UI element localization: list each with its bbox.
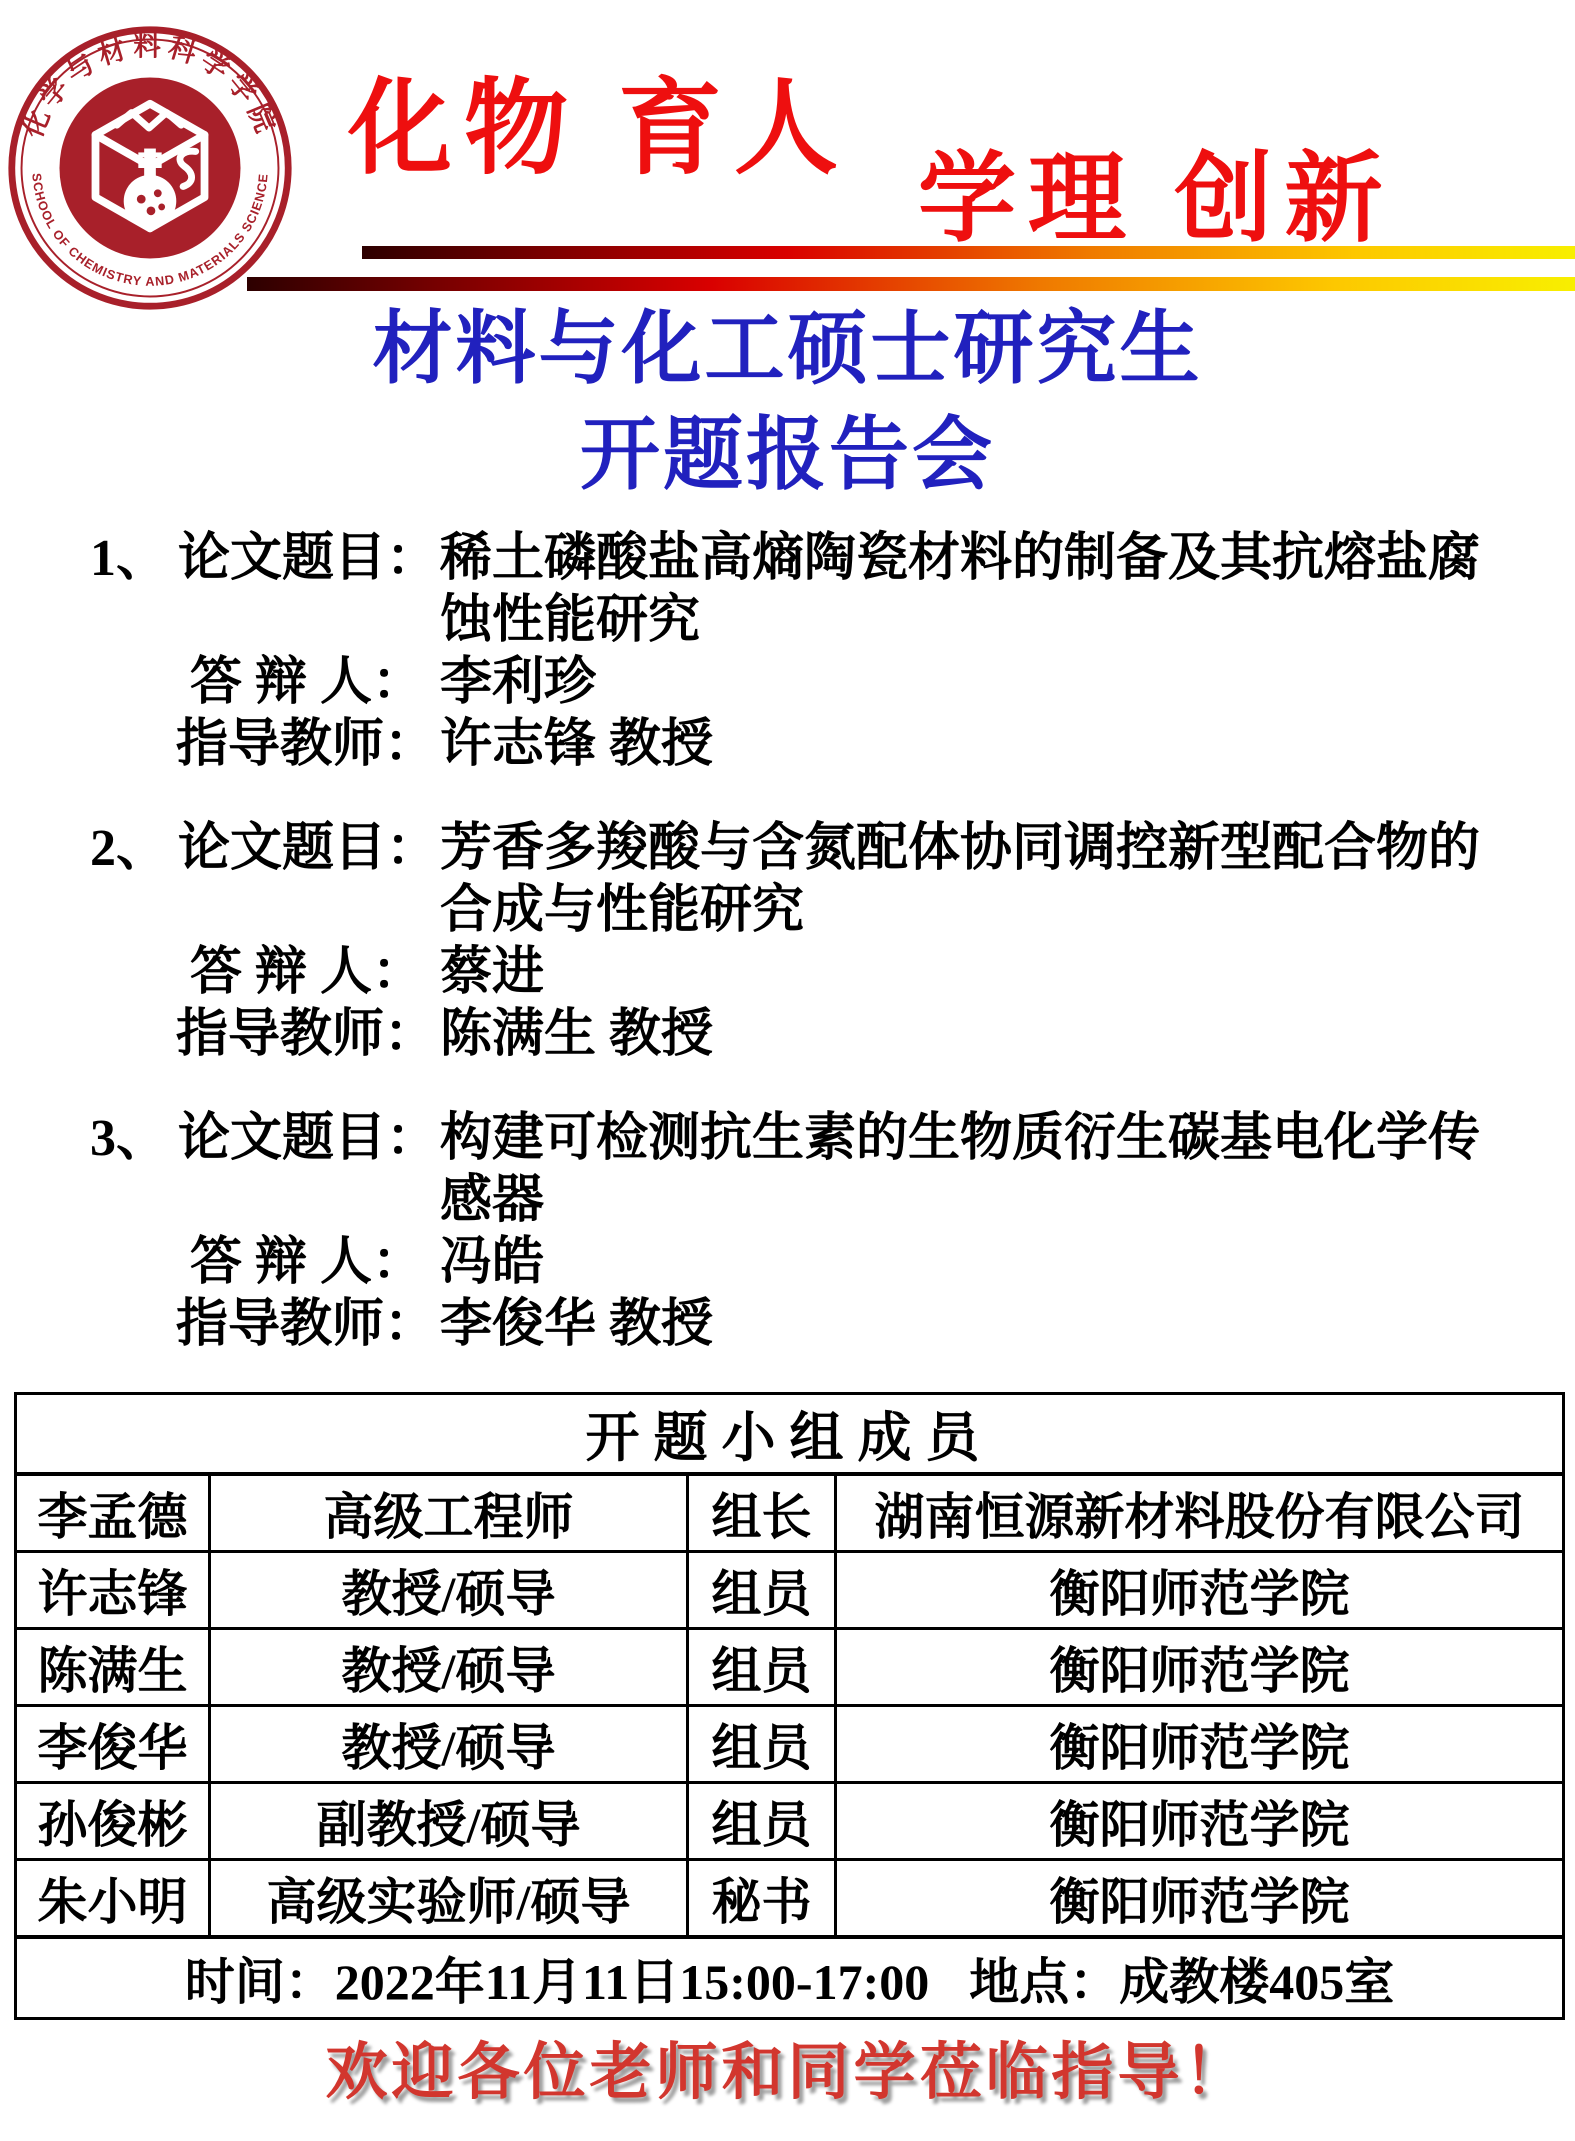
thesis-title-label: 论文题目： [178, 528, 438, 590]
advisor-name: 许志锋 教授 [440, 716, 713, 773]
defender-label: 答 辩 人： [190, 1232, 424, 1294]
place-value: 成教楼405室 [1119, 1954, 1394, 2010]
thesis-title-label: 论文题目： [178, 1108, 438, 1170]
advisor-line: 指导教师： 许志锋 教授 [0, 714, 1495, 776]
member-affiliation: 衡阳师范学院 [836, 1783, 1564, 1860]
welcome-message: 欢迎各位老师和同学莅临指导！ [0, 2022, 1575, 2111]
thesis-list: 1、 论文题目： 稀土磷酸盐高熵陶瓷材料的制备及其抗熔盐腐蚀性能研究 答 辩 人… [0, 528, 1495, 1398]
defender-name: 李利珍 [440, 654, 596, 711]
advisor-label: 指导教师： [176, 1294, 436, 1356]
table-row: 朱小明 高级实验师/硕导 秘书 衡阳师范学院 [16, 1860, 1564, 1938]
advisor-name: 陈满生 教授 [440, 1006, 713, 1063]
member-affiliation: 衡阳师范学院 [836, 1706, 1564, 1783]
member-name: 许志锋 [16, 1552, 210, 1629]
member-role: 组员 [688, 1552, 836, 1629]
thesis-item-1: 1、 论文题目： 稀土磷酸盐高熵陶瓷材料的制备及其抗熔盐腐蚀性能研究 答 辩 人… [0, 528, 1495, 776]
defender-label: 答 辩 人： [190, 942, 424, 1004]
place-label: 地点： [969, 1954, 1119, 2010]
defender-line: 答 辩 人： 李利珍 [0, 652, 1495, 714]
thesis-title-line: 3、 论文题目： 构建可检测抗生素的生物质衍生碳基电化学传感器 [0, 1108, 1495, 1232]
member-title: 教授/硕导 [210, 1629, 688, 1706]
table-row: 孙俊彬 副教授/硕导 组员 衡阳师范学院 [16, 1783, 1564, 1860]
member-title: 教授/硕导 [210, 1706, 688, 1783]
thesis-item-2: 2、 论文题目： 芳香多羧酸与含氮配体协同调控新型配合物的合成与性能研究 答 辩… [0, 818, 1495, 1066]
member-affiliation: 衡阳师范学院 [836, 1629, 1564, 1706]
member-affiliation: 湖南恒源新材料股份有限公司 [836, 1474, 1564, 1552]
defender-line: 答 辩 人： 冯皓 [0, 1232, 1495, 1294]
advisor-label: 指导教师： [176, 1004, 436, 1066]
table-row: 李俊华 教授/硕导 组员 衡阳师范学院 [16, 1706, 1564, 1783]
member-affiliation: 衡阳师范学院 [836, 1860, 1564, 1938]
page-title: 材料与化工硕士研究生 开题报告会 [0, 296, 1575, 508]
table-caption: 开题小组成员 [16, 1394, 1564, 1475]
table-row: 陈满生 教授/硕导 组员 衡阳师范学院 [16, 1629, 1564, 1706]
advisor-line: 指导教师： 陈满生 教授 [0, 1004, 1495, 1066]
gradient-divider-top [362, 246, 1575, 259]
gradient-divider-bottom [247, 277, 1575, 291]
thesis-title: 芳香多羧酸与含氮配体协同调控新型配合物的合成与性能研究 [440, 820, 1480, 939]
member-role: 秘书 [688, 1860, 836, 1938]
member-affiliation: 衡阳师范学院 [836, 1552, 1564, 1629]
item-number: 2、 [90, 818, 168, 880]
slogan-right: 学理 创新 [918, 120, 1395, 261]
time-label: 时间： [185, 1954, 335, 2010]
member-name: 陈满生 [16, 1629, 210, 1706]
school-logo: 化学与材料科学学院 SCHOOL OF CHEMISTRY AND MATERI… [4, 22, 296, 314]
advisor-label: 指导教师： [176, 714, 436, 776]
member-title: 高级实验师/硕导 [210, 1860, 688, 1938]
defender-name: 冯皓 [440, 1234, 544, 1291]
item-number: 3、 [90, 1108, 168, 1170]
member-name: 孙俊彬 [16, 1783, 210, 1860]
thesis-title-line: 2、 论文题目： 芳香多羧酸与含氮配体协同调控新型配合物的合成与性能研究 [0, 818, 1495, 942]
table-caption-row: 开题小组成员 [16, 1394, 1564, 1475]
member-name: 李俊华 [16, 1706, 210, 1783]
slogan-left: 化物 育人 [348, 44, 850, 194]
member-role: 组员 [688, 1783, 836, 1860]
member-title: 副教授/硕导 [210, 1783, 688, 1860]
table-row: 李孟德 高级工程师 组长 湖南恒源新材料股份有限公司 [16, 1474, 1564, 1552]
time-value: 2022年11月11日15:00-17:00 [335, 1954, 929, 2010]
member-name: 李孟德 [16, 1474, 210, 1552]
defender-name: 蔡进 [440, 944, 544, 1001]
advisor-line: 指导教师： 李俊华 教授 [0, 1294, 1495, 1356]
table-row: 许志锋 教授/硕导 组员 衡阳师范学院 [16, 1552, 1564, 1629]
defender-line: 答 辩 人： 蔡进 [0, 942, 1495, 1004]
defender-label: 答 辩 人： [190, 652, 424, 714]
thesis-title-label: 论文题目： [178, 818, 438, 880]
member-role: 组长 [688, 1474, 836, 1552]
member-role: 组员 [688, 1706, 836, 1783]
member-role: 组员 [688, 1629, 836, 1706]
member-name: 朱小明 [16, 1860, 210, 1938]
member-title: 高级工程师 [210, 1474, 688, 1552]
page-title-line1: 材料与化工硕士研究生 [0, 296, 1575, 402]
committee-table: 开题小组成员 李孟德 高级工程师 组长 湖南恒源新材料股份有限公司 许志锋 教授… [14, 1392, 1565, 2020]
advisor-name: 李俊华 教授 [440, 1296, 713, 1353]
schedule-row: 时间：2022年11月11日15:00-17:00地点：成教楼405室 [16, 1937, 1564, 2019]
thesis-title: 稀土磷酸盐高熵陶瓷材料的制备及其抗熔盐腐蚀性能研究 [440, 530, 1480, 649]
member-title: 教授/硕导 [210, 1552, 688, 1629]
thesis-title-line: 1、 论文题目： 稀土磷酸盐高熵陶瓷材料的制备及其抗熔盐腐蚀性能研究 [0, 528, 1495, 652]
schedule-cell: 时间：2022年11月11日15:00-17:00地点：成教楼405室 [16, 1937, 1564, 2019]
poster-page: 化学与材料科学学院 SCHOOL OF CHEMISTRY AND MATERI… [0, 0, 1575, 2141]
thesis-item-3: 3、 论文题目： 构建可检测抗生素的生物质衍生碳基电化学传感器 答 辩 人： 冯… [0, 1108, 1495, 1356]
item-number: 1、 [90, 528, 168, 590]
page-title-line2: 开题报告会 [0, 402, 1575, 508]
thesis-title: 构建可检测抗生素的生物质衍生碳基电化学传感器 [440, 1110, 1480, 1229]
